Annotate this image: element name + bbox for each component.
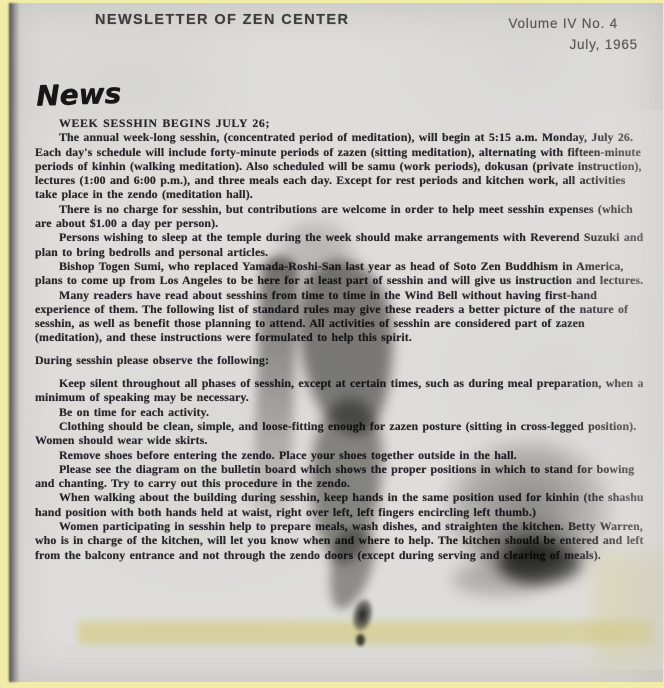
rule-item: Women participating in sesshin help to p… [35,519,648,562]
rule-item: Be on time for each activity. [35,405,648,419]
issue-date: July, 1965 [440,34,638,55]
article-heading: WEEK SESSHIN BEGINS JULY 26; [35,116,648,130]
volume-number: Volume IV No. 4 [440,13,638,34]
rule-item: Please see the diagram on the bulletin b… [35,462,648,491]
paragraph: Persons wishing to sleep at the temple d… [35,230,648,259]
paper-left-edge-shadow [9,3,19,682]
rule-item: Remove shoes before entering the zendo. … [35,448,648,462]
paragraph: There is no charge for sesshin, but cont… [35,202,648,231]
rule-item: Keep silent throughout all phases of ses… [35,376,648,405]
paragraph: The annual week-long sesshin, (concentra… [35,130,648,201]
scanned-newsletter-page: NEWSLETTER OF ZEN CENTER Volume IV No. 4… [0,0,664,688]
paragraph: Many readers have read about sesshins fr… [35,288,648,345]
rule-item: Clothing should be clean, simple, and lo… [35,419,648,448]
news-section-label: News [35,77,121,113]
article-body: WEEK SESSHIN BEGINS JULY 26; The annual … [35,116,648,562]
newsletter-title: NEWSLETTER OF ZEN CENTER [95,12,349,28]
rules-intro: During sesshin please observe the follow… [35,353,648,367]
rule-item: When walking about the building during s… [35,490,648,519]
paragraph: Bishop Togen Sumi, who replaced Yamada-R… [35,259,648,288]
masthead-volume-date: Volume IV No. 4 July, 1965 [440,13,638,55]
